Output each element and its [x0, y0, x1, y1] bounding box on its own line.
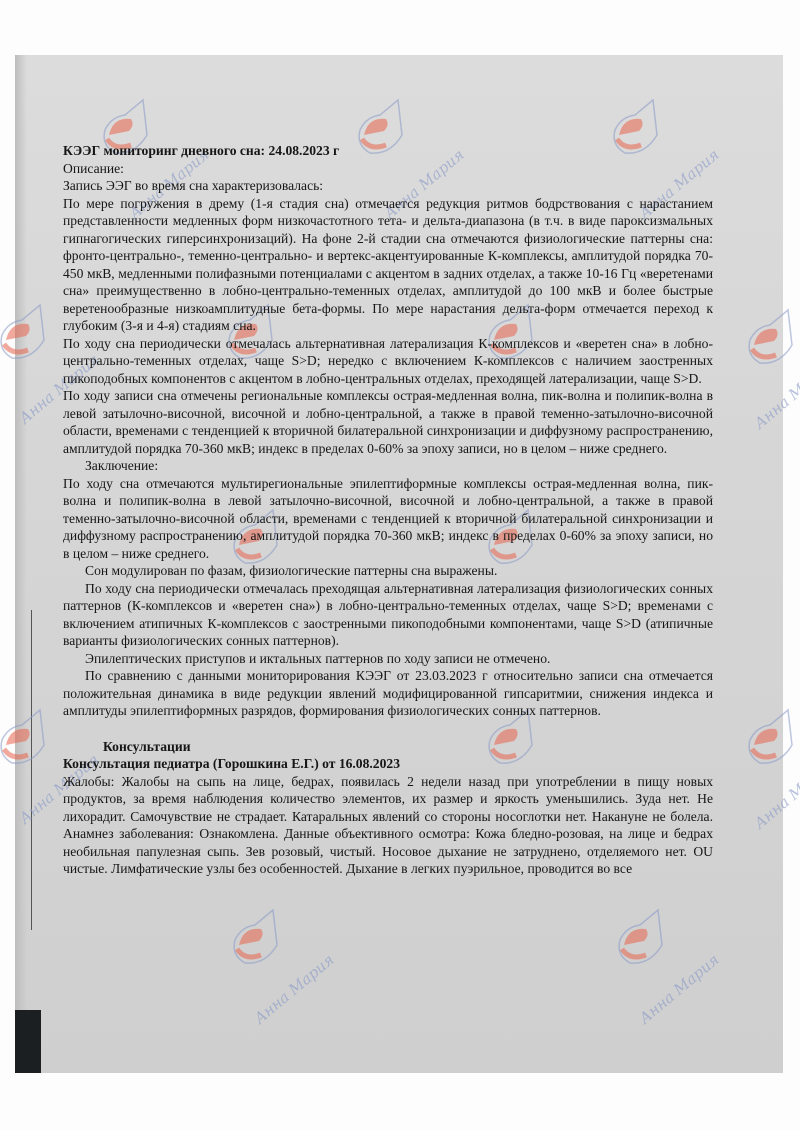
- conclusion-paragraph: Эпилептических приступов и иктальных пат…: [63, 650, 713, 668]
- conclusion-paragraph: Сон модулирован по фазам, физиологически…: [63, 562, 713, 580]
- document-body: КЭЭГ мониторинг дневного сна: 24.08.2023…: [63, 142, 713, 878]
- paragraph: По ходу сна периодически отмечалась альт…: [63, 335, 713, 388]
- document-heading: КЭЭГ мониторинг дневного сна: 24.08.2023…: [63, 142, 713, 160]
- conclusion-paragraph: По ходу сна периодически отмечалась прех…: [63, 580, 713, 650]
- scan-fold-line: [31, 610, 32, 930]
- conclusion-paragraph: По ходу сна отмечаются мультирегиональны…: [63, 475, 713, 563]
- description-label: Описание:: [63, 160, 713, 178]
- intro-text: Запись ЭЭГ во время сна характеризовалас…: [63, 177, 713, 195]
- consultation-title: Консультация педиатра (Горошкина Е.Г.) о…: [63, 755, 713, 773]
- paragraph: По мере погружения в дрему (1-я стадия с…: [63, 195, 713, 335]
- conclusion-paragraph: По сравнению с данными мониторирования К…: [63, 667, 713, 720]
- scan-dark-edge: [15, 1010, 41, 1073]
- conclusion-label: Заключение:: [63, 457, 713, 475]
- consultations-heading: Консультации: [63, 738, 713, 756]
- paragraph: По ходу записи сна отмечены региональные…: [63, 387, 713, 457]
- consultation-text: Жалобы: Жалобы на сыпь на лице, бедрах, …: [63, 773, 713, 878]
